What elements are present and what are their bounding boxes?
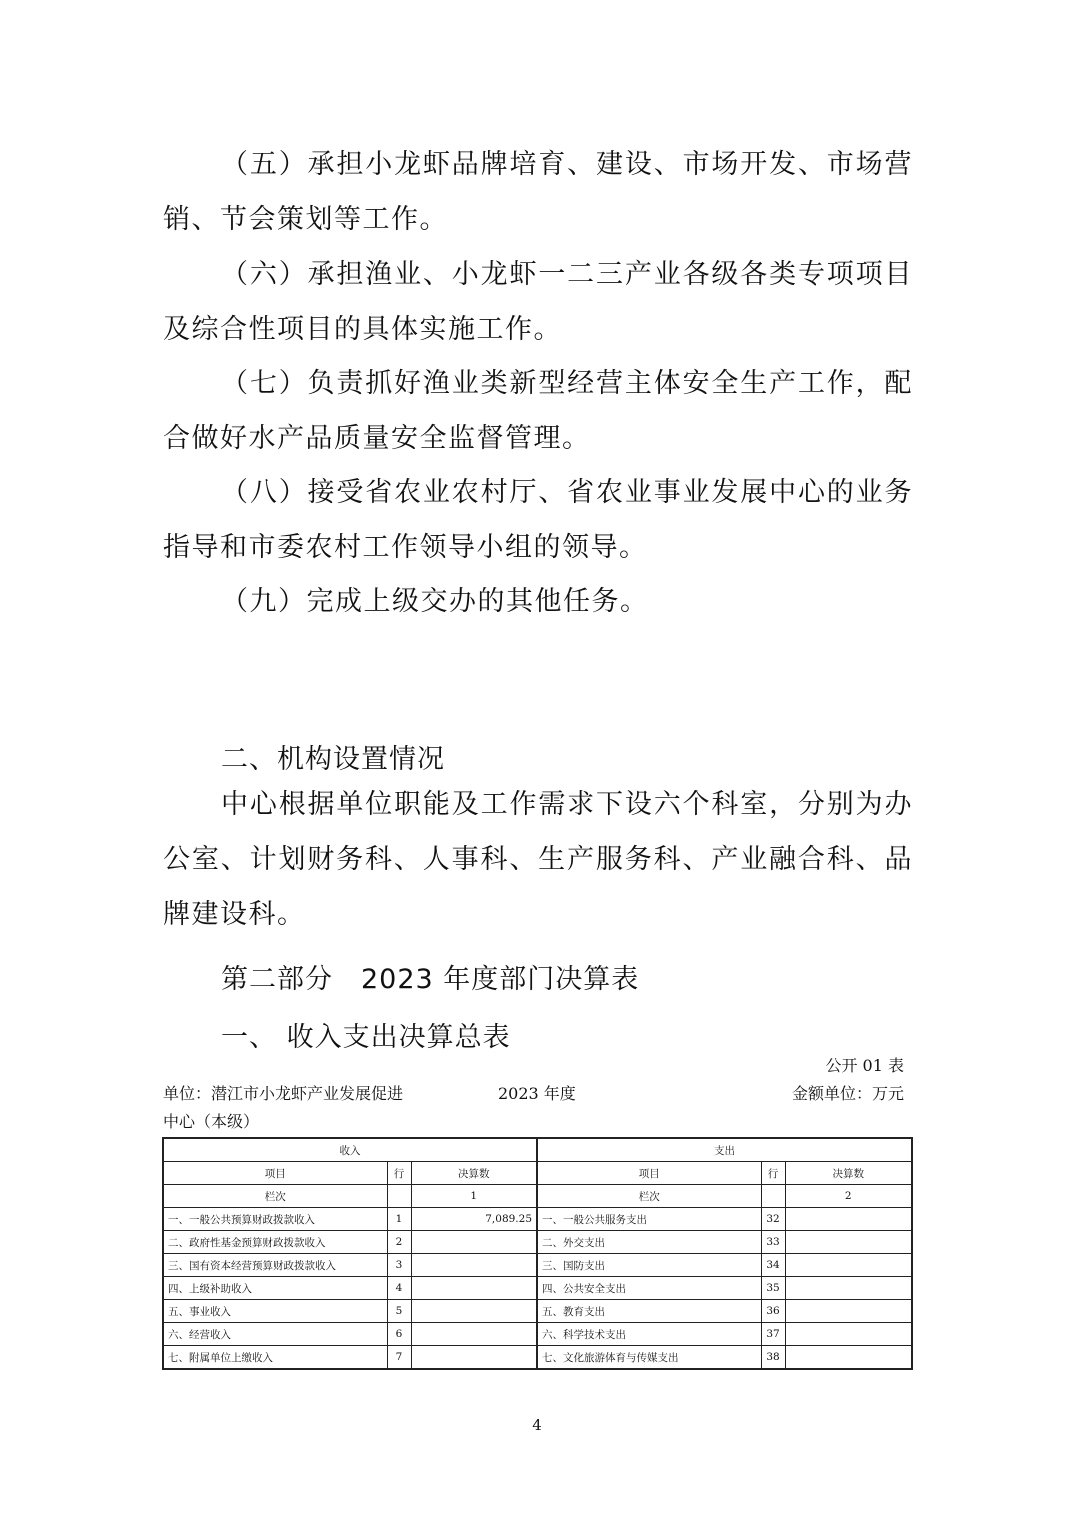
income-row-no: 4 (387, 1277, 411, 1300)
income-amount: 7,089.25 (411, 1208, 537, 1231)
income-amount (411, 1346, 537, 1370)
expense-row-no: 34 (761, 1254, 785, 1277)
income-amount (411, 1323, 537, 1346)
table-index-row: 栏次 1 栏次 2 (163, 1185, 912, 1208)
income-col-index: 1 (411, 1185, 537, 1208)
income-row-no: 2 (387, 1231, 411, 1254)
col-row: 行 (761, 1162, 785, 1185)
expense-amount (785, 1277, 912, 1300)
table-group-header: 收入 支出 (163, 1138, 912, 1162)
expense-item: 一、一般公共服务支出 (537, 1208, 761, 1231)
table-row: 四、上级补助收入 4 四、公共安全支出 35 (163, 1277, 912, 1300)
fiscal-year: 2023 年度 (498, 1080, 576, 1108)
income-item: 二、政府性基金预算财政拨款收入 (163, 1231, 387, 1254)
section-heading-org: 二、机构设置情况 (221, 737, 445, 776)
paragraph-item-8: （八）接受省农业农村厅、省农业事业发展中心的业务指导和市委农村工作领导小组的领导… (163, 465, 913, 575)
index-row-cell (387, 1185, 411, 1208)
income-item: 一、一般公共预算财政拨款收入 (163, 1208, 387, 1231)
income-expense-table: 收入 支出 项目 行 决算数 项目 行 决算数 栏次 1 栏次 2 一、一般公共… (162, 1137, 913, 1370)
expense-item: 七、文化旅游体育与传媒支出 (537, 1346, 761, 1370)
expense-amount (785, 1323, 912, 1346)
expense-header: 支出 (537, 1138, 912, 1162)
expense-item: 五、教育支出 (537, 1300, 761, 1323)
income-row-no: 6 (387, 1323, 411, 1346)
col-row: 行 (387, 1162, 411, 1185)
income-amount (411, 1231, 537, 1254)
expense-amount (785, 1300, 912, 1323)
income-item: 五、事业收入 (163, 1300, 387, 1323)
part2-heading: 第二部分 2023 年度部门决算表 (221, 957, 639, 996)
paragraph-item-5: （五）承担小龙虾品牌培育、建设、市场开发、市场营销、节会策划等工作。 (163, 137, 913, 247)
expense-amount (785, 1346, 912, 1370)
income-row-no: 5 (387, 1300, 411, 1323)
table-row: 二、政府性基金预算财政拨款收入 2 二、外交支出 33 (163, 1231, 912, 1254)
income-item: 四、上级补助收入 (163, 1277, 387, 1300)
expense-item: 六、科学技术支出 (537, 1323, 761, 1346)
income-amount (411, 1300, 537, 1323)
col-amount: 决算数 (785, 1162, 912, 1185)
expense-row-no: 36 (761, 1300, 785, 1323)
table-row: 六、经营收入 6 六、科学技术支出 37 (163, 1323, 912, 1346)
section-body-org: 中心根据单位职能及工作需求下设六个科室，分别为办公室、计划财务科、人事科、生产服… (163, 777, 913, 942)
table-row: 三、国有资本经营预算财政拨款收入 3 三、国防支出 34 (163, 1254, 912, 1277)
expense-row-no: 38 (761, 1346, 785, 1370)
income-amount (411, 1254, 537, 1277)
expense-col-index: 2 (785, 1185, 912, 1208)
expense-row-no: 35 (761, 1277, 785, 1300)
expense-amount (785, 1231, 912, 1254)
table1-heading: 一、 收入支出决算总表 (221, 1015, 511, 1054)
income-header: 收入 (163, 1138, 537, 1162)
table-column-header: 项目 行 决算数 项目 行 决算数 (163, 1162, 912, 1185)
expense-row-no: 33 (761, 1231, 785, 1254)
income-item: 三、国有资本经营预算财政拨款收入 (163, 1254, 387, 1277)
index-label: 栏次 (537, 1185, 761, 1208)
page-number: 4 (0, 1416, 1074, 1434)
expense-item: 四、公共安全支出 (537, 1277, 761, 1300)
income-row-no: 7 (387, 1346, 411, 1370)
currency-unit: 金额单位：万元 (792, 1080, 904, 1108)
document-page: （五）承担小龙虾品牌培育、建设、市场开发、市场营销、节会策划等工作。 （六）承担… (0, 0, 1074, 1520)
expense-item: 三、国防支出 (537, 1254, 761, 1277)
income-amount (411, 1277, 537, 1300)
table-row: 七、附属单位上缴收入 7 七、文化旅游体育与传媒支出 38 (163, 1346, 912, 1370)
paragraph-item-7: （七）负责抓好渔业类新型经营主体安全生产工作，配合做好水产品质量安全监督管理。 (163, 356, 913, 466)
expense-row-no: 37 (761, 1323, 785, 1346)
paragraph-item-9: （九）完成上级交办的其他任务。 (163, 574, 913, 629)
col-item: 项目 (163, 1162, 387, 1185)
form-number: 公开 01 表 (825, 1052, 904, 1080)
income-row-no: 1 (387, 1208, 411, 1231)
unit-line-1: 单位：潜江市小龙虾产业发展促进 (163, 1080, 403, 1108)
index-label: 栏次 (163, 1185, 387, 1208)
col-item: 项目 (537, 1162, 761, 1185)
unit-line-2: 中心（本级） (163, 1108, 259, 1136)
table-row: 五、事业收入 5 五、教育支出 36 (163, 1300, 912, 1323)
col-amount: 决算数 (411, 1162, 537, 1185)
expense-amount (785, 1208, 912, 1231)
expense-item: 二、外交支出 (537, 1231, 761, 1254)
expense-amount (785, 1254, 912, 1277)
income-item: 六、经营收入 (163, 1323, 387, 1346)
income-item: 七、附属单位上缴收入 (163, 1346, 387, 1370)
table-row: 一、一般公共预算财政拨款收入 1 7,089.25 一、一般公共服务支出 32 (163, 1208, 912, 1231)
expense-row-no: 32 (761, 1208, 785, 1231)
paragraph-item-6: （六）承担渔业、小龙虾一二三产业各级各类专项项目及综合性项目的具体实施工作。 (163, 247, 913, 357)
index-row-cell (761, 1185, 785, 1208)
income-row-no: 3 (387, 1254, 411, 1277)
